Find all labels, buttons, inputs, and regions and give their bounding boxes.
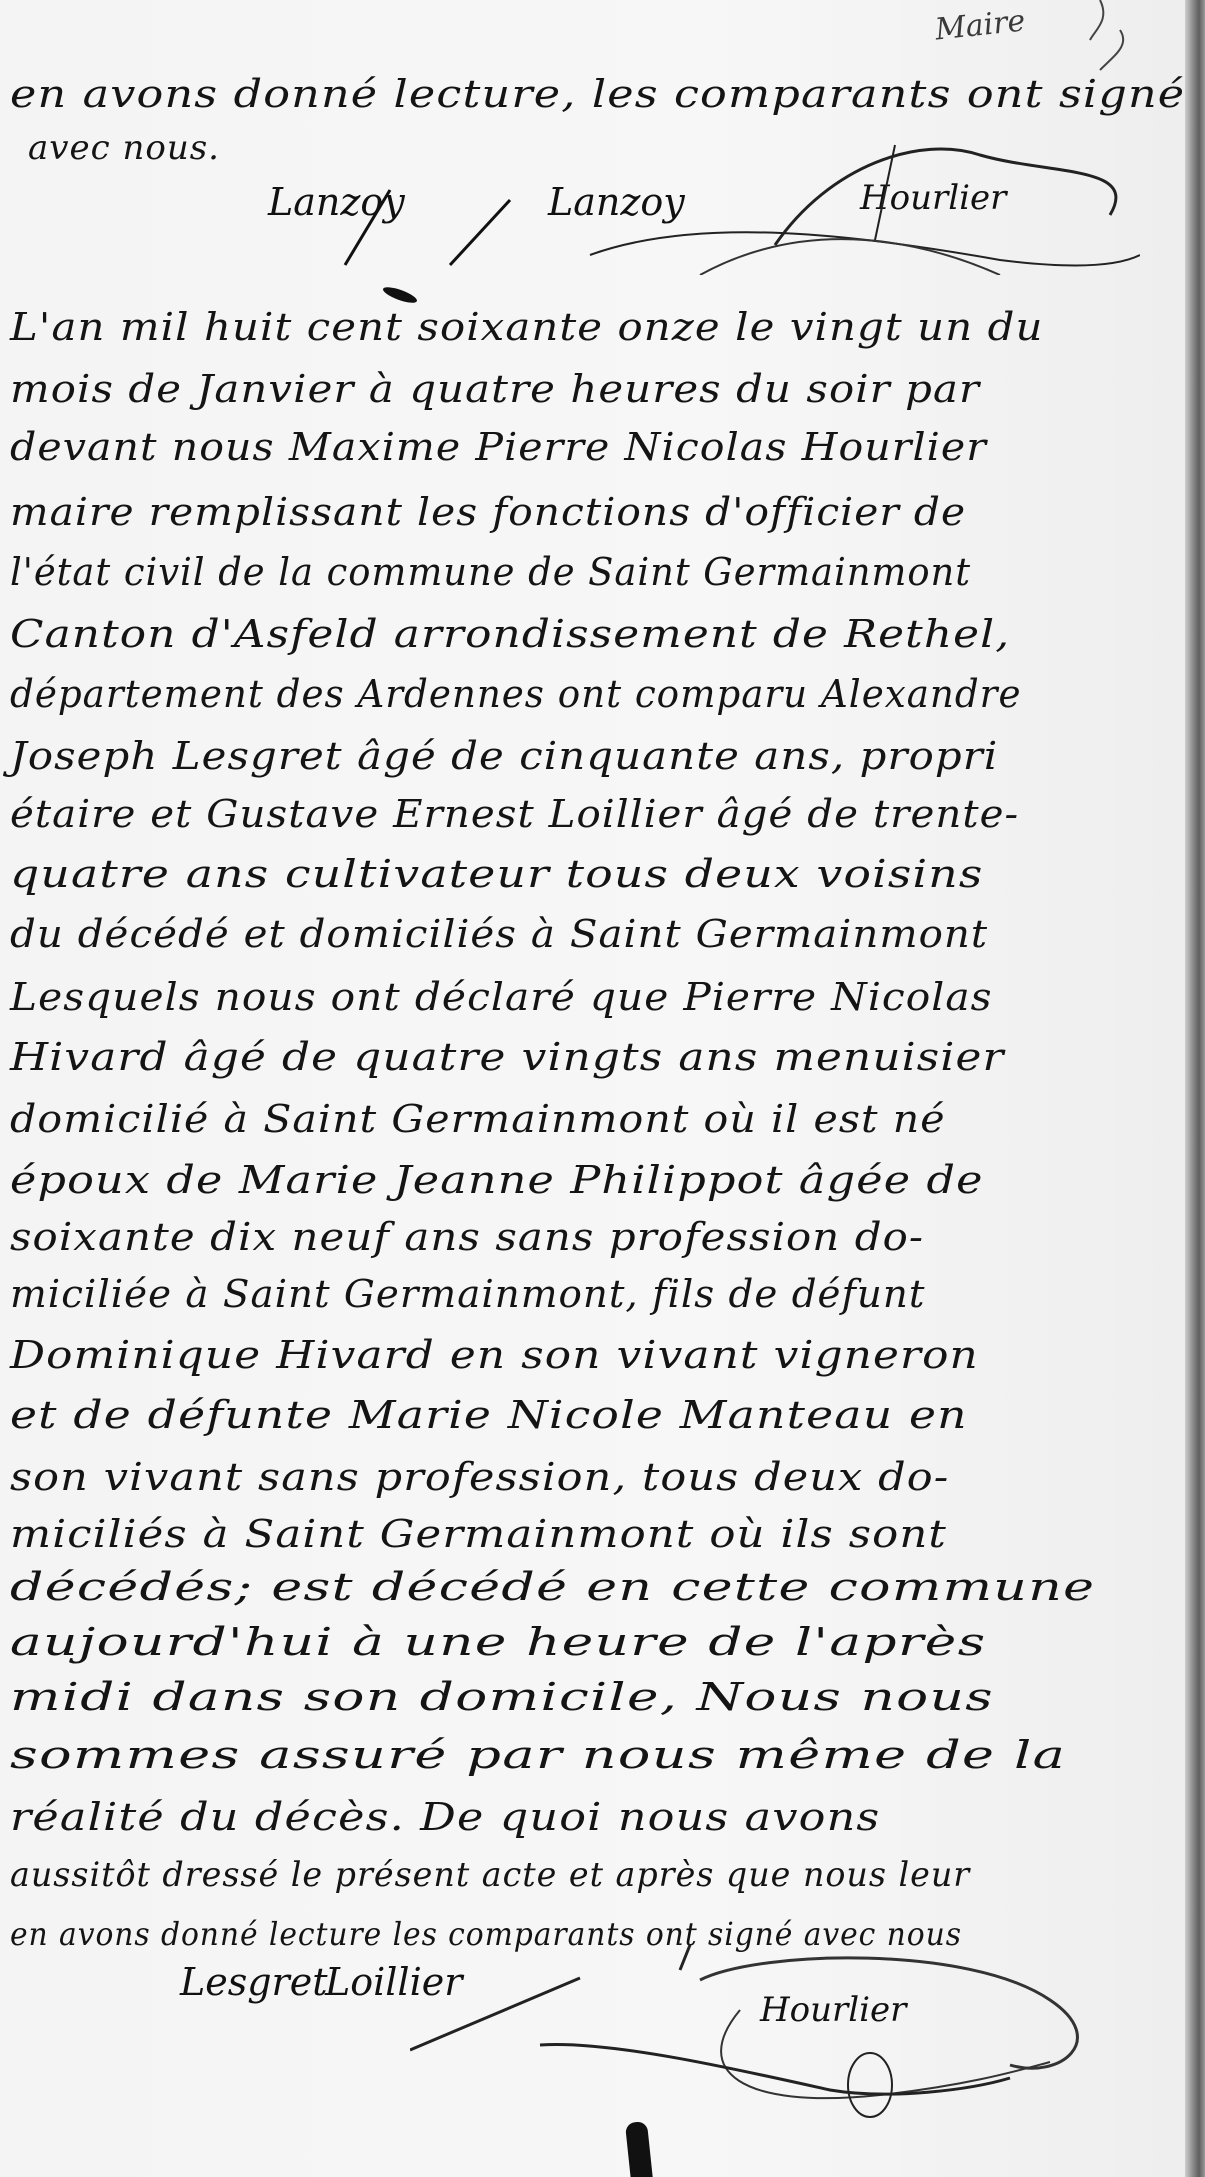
entry-line-7: département des Ardennes ont comparu Ale… (10, 672, 1021, 716)
entry-line-17: miciliée à Saint Germainmont, fils de dé… (10, 1272, 925, 1316)
pen-tip-mark (625, 2121, 653, 2177)
preceding-line-1: en avons donné lecture, les comparants o… (10, 72, 1185, 116)
signature-lesgret: Lesgret (180, 1960, 327, 2004)
margin-note: Maire (933, 3, 1026, 47)
entry-line-15: époux de Marie Jeanne Philippot âgée de (10, 1158, 984, 1202)
entry-line-18: Dominique Hivard en son vivant vigneron (10, 1333, 979, 1377)
entry-line-16: soixante dix neuf ans sans profession do… (10, 1215, 924, 1259)
entry-line-14: domicilié à Saint Germainmont où il est … (10, 1097, 946, 1141)
entry-line-1: L'an mil huit cent soixante onze le ving… (10, 305, 1044, 349)
entry-line-5: l'état civil de la commune de Saint Germ… (10, 550, 971, 594)
entry-line-12: Lesquels nous ont déclaré que Pierre Nic… (10, 975, 993, 1019)
entry-line-10: quatre ans cultivateur tous deux voisins (10, 852, 983, 896)
entry-line-22: décédés; est décédé en cette commune (10, 1565, 1095, 1609)
entry-line-3: devant nous Maxime Pierre Nicolas Hourli… (10, 425, 987, 469)
entry-line-19: et de défunte Marie Nicole Manteau en (10, 1393, 968, 1437)
entry-line-4: maire remplissant les fonctions d'offici… (10, 490, 966, 534)
entry-line-13: Hivard âgé de quatre vingts ans menuisie… (10, 1035, 1005, 1079)
book-binding (1185, 0, 1205, 2177)
margin-note-flourish (1080, 0, 1140, 80)
entry-line-23: aujourd'hui à une heure de l'après (10, 1620, 986, 1664)
signature-flourish-bottom (410, 1940, 1130, 2120)
entry-line-6: Canton d'Asfeld arrondissement de Rethel… (10, 612, 1010, 656)
ink-blot (381, 284, 418, 306)
signature-strokes-lanzoy (300, 160, 560, 270)
entry-line-11: du décédé et domiciliés à Saint Germainm… (10, 912, 988, 956)
register-page: Maire en avons donné lecture, les compar… (0, 0, 1185, 2177)
entry-line-24: midi dans son domicile, Nous nous (10, 1675, 994, 1719)
entry-line-8: Joseph Lesgret âgé de cinquante ans, pro… (10, 734, 998, 778)
entry-line-27: aussitôt dressé le présent acte et après… (10, 1855, 970, 1895)
signature-flourish-top (580, 125, 1140, 275)
entry-line-25: sommes assuré par nous même de la (10, 1733, 1066, 1777)
entry-line-2: mois de Janvier à quatre heures du soir … (10, 367, 980, 411)
entry-line-9: étaire et Gustave Ernest Loillier âgé de… (10, 792, 1019, 836)
preceding-line-2: avec nous. (28, 128, 220, 168)
entry-line-20: son vivant sans profession, tous deux do… (10, 1455, 949, 1499)
entry-line-21: miciliés à Saint Germainmont où ils sont (10, 1512, 947, 1556)
entry-line-26: réalité du décès. De quoi nous avons (10, 1795, 880, 1839)
